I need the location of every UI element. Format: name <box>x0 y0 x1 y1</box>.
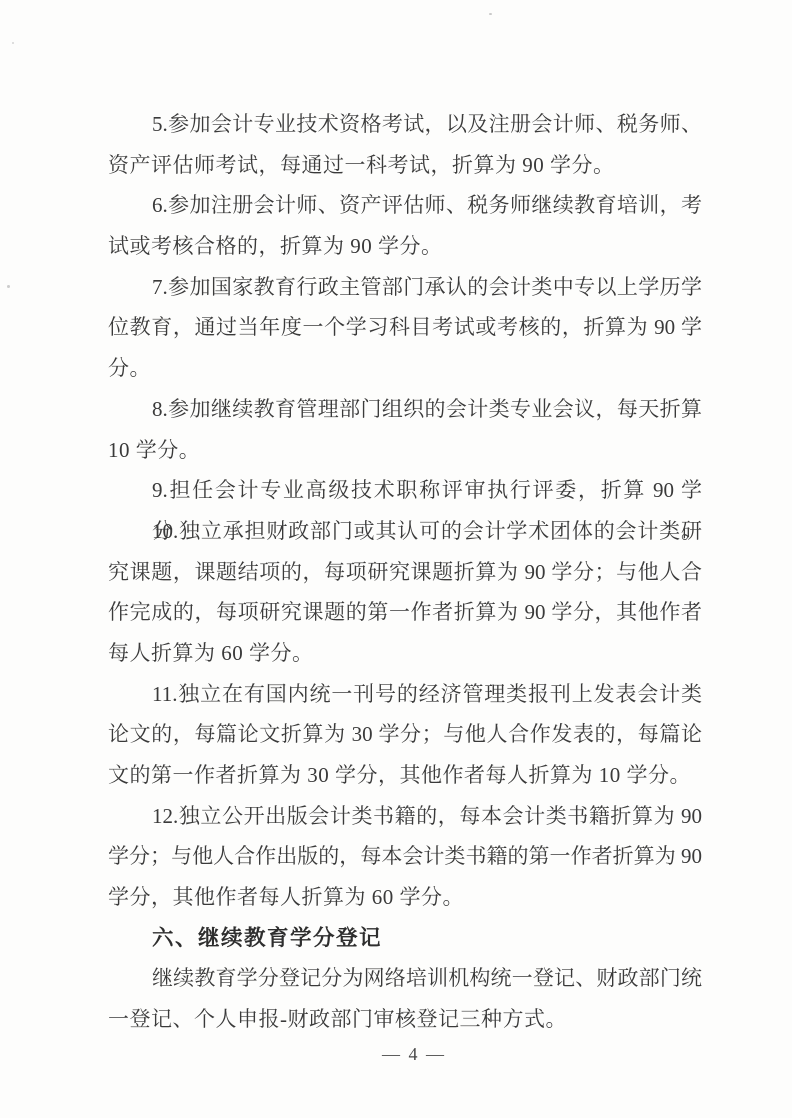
body-text-line: 11.独立在有国内统一刊号的经济管理类报刊上发表会计类 <box>108 674 702 715</box>
scan-speck <box>12 42 14 44</box>
body-text-line: 分。 <box>108 348 702 389</box>
scan-speck <box>489 13 492 15</box>
body-text-line: 7.参加国家教育行政主管部门承认的会计类中专以上学历学 <box>108 267 702 308</box>
body-text-line: 9.担任会计专业高级技术职称评审执行评委，折算 90 学分。 <box>108 470 702 511</box>
body-text-line: 论文的，每篇论文折算为 30 学分；与他人合作发表的，每篇论 <box>108 714 702 755</box>
body-text-line: 学分，其他作者每人折算为 60 学分。 <box>108 877 702 918</box>
body-text-line: 资产评估师考试，每通过一科考试，折算为 90 学分。 <box>108 145 702 186</box>
scan-speck <box>7 285 10 288</box>
body-text-line: 5.参加会计专业技术资格考试，以及注册会计师、税务师、 <box>108 104 702 145</box>
section-heading: 六、继续教育学分登记 <box>108 918 702 959</box>
scanned-document-page: 5.参加会计专业技术资格考试，以及注册会计师、税务师、资产评估师考试，每通过一科… <box>0 0 792 1118</box>
body-text-line: 究课题，课题结项的，每项研究课题折算为 90 学分；与他人合 <box>108 552 702 593</box>
body-text-line: 学分；与他人合作出版的，每本会计类书籍的第一作者折算为 90 <box>108 836 702 877</box>
body-text-line: 10.独立承担财政部门或其认可的会计学术团体的会计类研 <box>108 511 702 552</box>
body-text-line: 每人折算为 60 学分。 <box>108 633 702 674</box>
body-text-line: 试或考核合格的，折算为 90 学分。 <box>108 226 702 267</box>
page-number: — 4 — <box>0 1044 792 1065</box>
body-text-line: 6.参加注册会计师、资产评估师、税务师继续教育培训，考 <box>108 185 702 226</box>
body-text-line: 位教育，通过当年度一个学习科目考试或考核的，折算为 90 学 <box>108 307 702 348</box>
body-text-line: 8.参加继续教育管理部门组织的会计类专业会议，每天折算 <box>108 389 702 430</box>
body-text-line: 继续教育学分登记分为网络培训机构统一登记、财政部门统 <box>108 958 702 999</box>
body-text-line: 文的第一作者折算为 30 学分，其他作者每人折算为 10 学分。 <box>108 755 702 796</box>
body-text-line: 12.独立公开出版会计类书籍的，每本会计类书籍折算为 90 <box>108 796 702 837</box>
body-text-line: 一登记、个人申报-财政部门审核登记三种方式。 <box>108 999 702 1040</box>
body-text-line: 作完成的，每项研究课题的第一作者折算为 90 学分，其他作者 <box>108 592 702 633</box>
document-body: 5.参加会计专业技术资格考试，以及注册会计师、税务师、资产评估师考试，每通过一科… <box>108 104 702 1040</box>
body-text-line: 10 学分。 <box>108 430 702 471</box>
